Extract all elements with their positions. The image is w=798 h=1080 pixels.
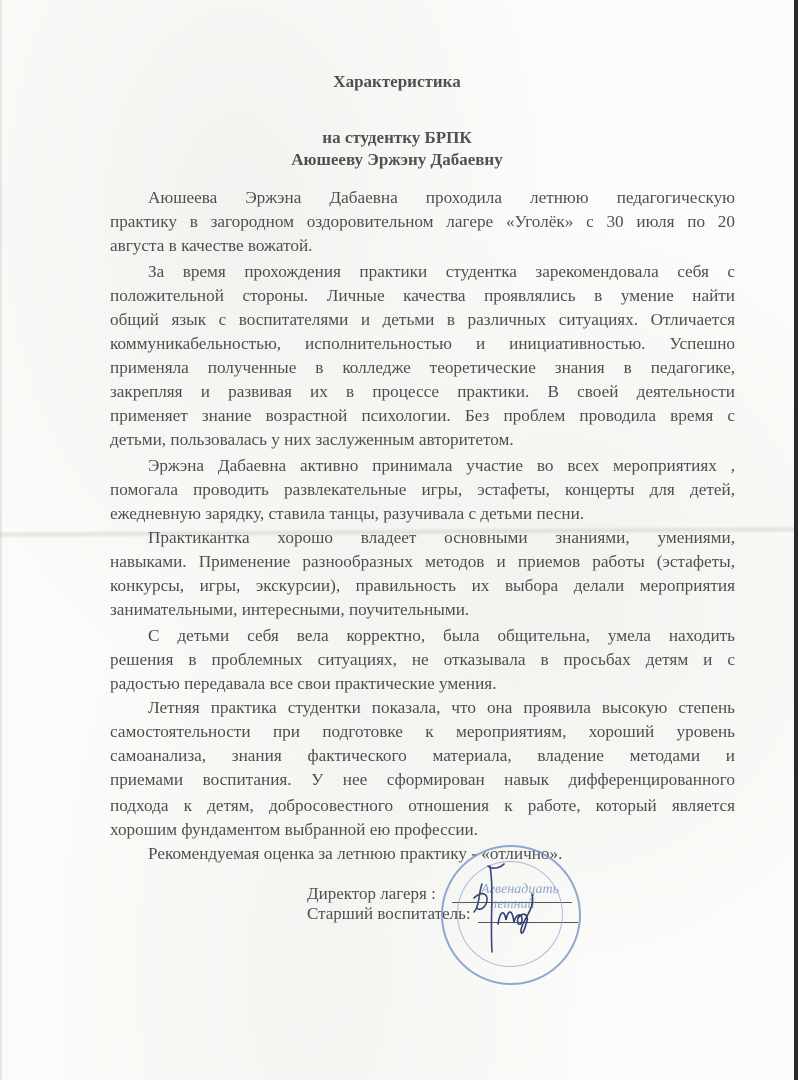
- body-text-line: навыками. Применение разнообразных метод…: [110, 552, 735, 572]
- body-text-line: самостоятельности при подготовке к мероп…: [110, 722, 735, 742]
- body-text-line: практику в загородном оздоровительном ла…: [110, 212, 735, 232]
- body-text-line: С детьми себя вела корректно, была общит…: [148, 626, 735, 646]
- body-text-line: конкурсы, игры, экскурсии), правильность…: [110, 576, 735, 596]
- body-text-line: подхода к детям, добросовестного отношен…: [110, 796, 735, 816]
- body-text-line: хорошим фундаментом выбранной ею професс…: [110, 820, 735, 840]
- body-text-line: самоанализа, знания фактического материа…: [110, 746, 735, 766]
- body-text-line: приемами воспитания. У нее сформирован н…: [110, 770, 735, 790]
- body-text-line: Летняя практика студентки показала, что …: [148, 698, 735, 718]
- body-text-line: ежедневную зарядку, ставила танцы, разуч…: [110, 504, 735, 524]
- body-text-line: детьми, пользовалась у них заслуженным а…: [110, 430, 735, 450]
- body-text-line: решения в проблемных ситуациях, не отказ…: [110, 650, 735, 670]
- director-label: Директор лагеря :: [307, 884, 436, 904]
- document-subtitle-student-name: Аюшееву Эржэну Дабаевну: [0, 150, 794, 170]
- body-text-line: августа в качестве вожатой.: [110, 236, 735, 256]
- body-text-line: Рекомендуемая оценка за летнюю практику …: [148, 844, 735, 864]
- document-subtitle-recipient: на студентку БРПК: [0, 128, 794, 148]
- body-text-line: Практикантка хорошо владеет основными зн…: [148, 528, 735, 548]
- body-text-line: помогала проводить развлекательные игры,…: [110, 480, 735, 500]
- body-text-line: коммуникабельностью, исполнительностью и…: [110, 334, 735, 354]
- body-text-line: Эржэна Дабаевна активно принимала участи…: [148, 456, 735, 476]
- body-text-line: радостью передавала все свои практически…: [110, 674, 735, 694]
- body-text-line: положительной стороны. Личные качества п…: [110, 286, 735, 306]
- body-text-line: применяла полученные в колледже теоретич…: [110, 358, 735, 378]
- handwritten-signatures-icon: [460, 860, 580, 960]
- body-text-line: За время прохождения практики студентка …: [148, 262, 735, 282]
- body-text-line: применяет знание возрастной психологии. …: [110, 406, 735, 426]
- body-text-line: занимательными, интересными, поучительны…: [110, 600, 735, 620]
- document-title: Характеристика: [0, 72, 794, 92]
- page-right-edge: [794, 0, 798, 1080]
- body-text-line: Аюшеева Эржэна Дабаевна проходила летнюю…: [148, 188, 735, 208]
- body-text-line: закрепляя и развивая их в процессе практ…: [110, 382, 735, 402]
- body-text-line: общий язык с воспитателями и детьми в ра…: [110, 310, 735, 330]
